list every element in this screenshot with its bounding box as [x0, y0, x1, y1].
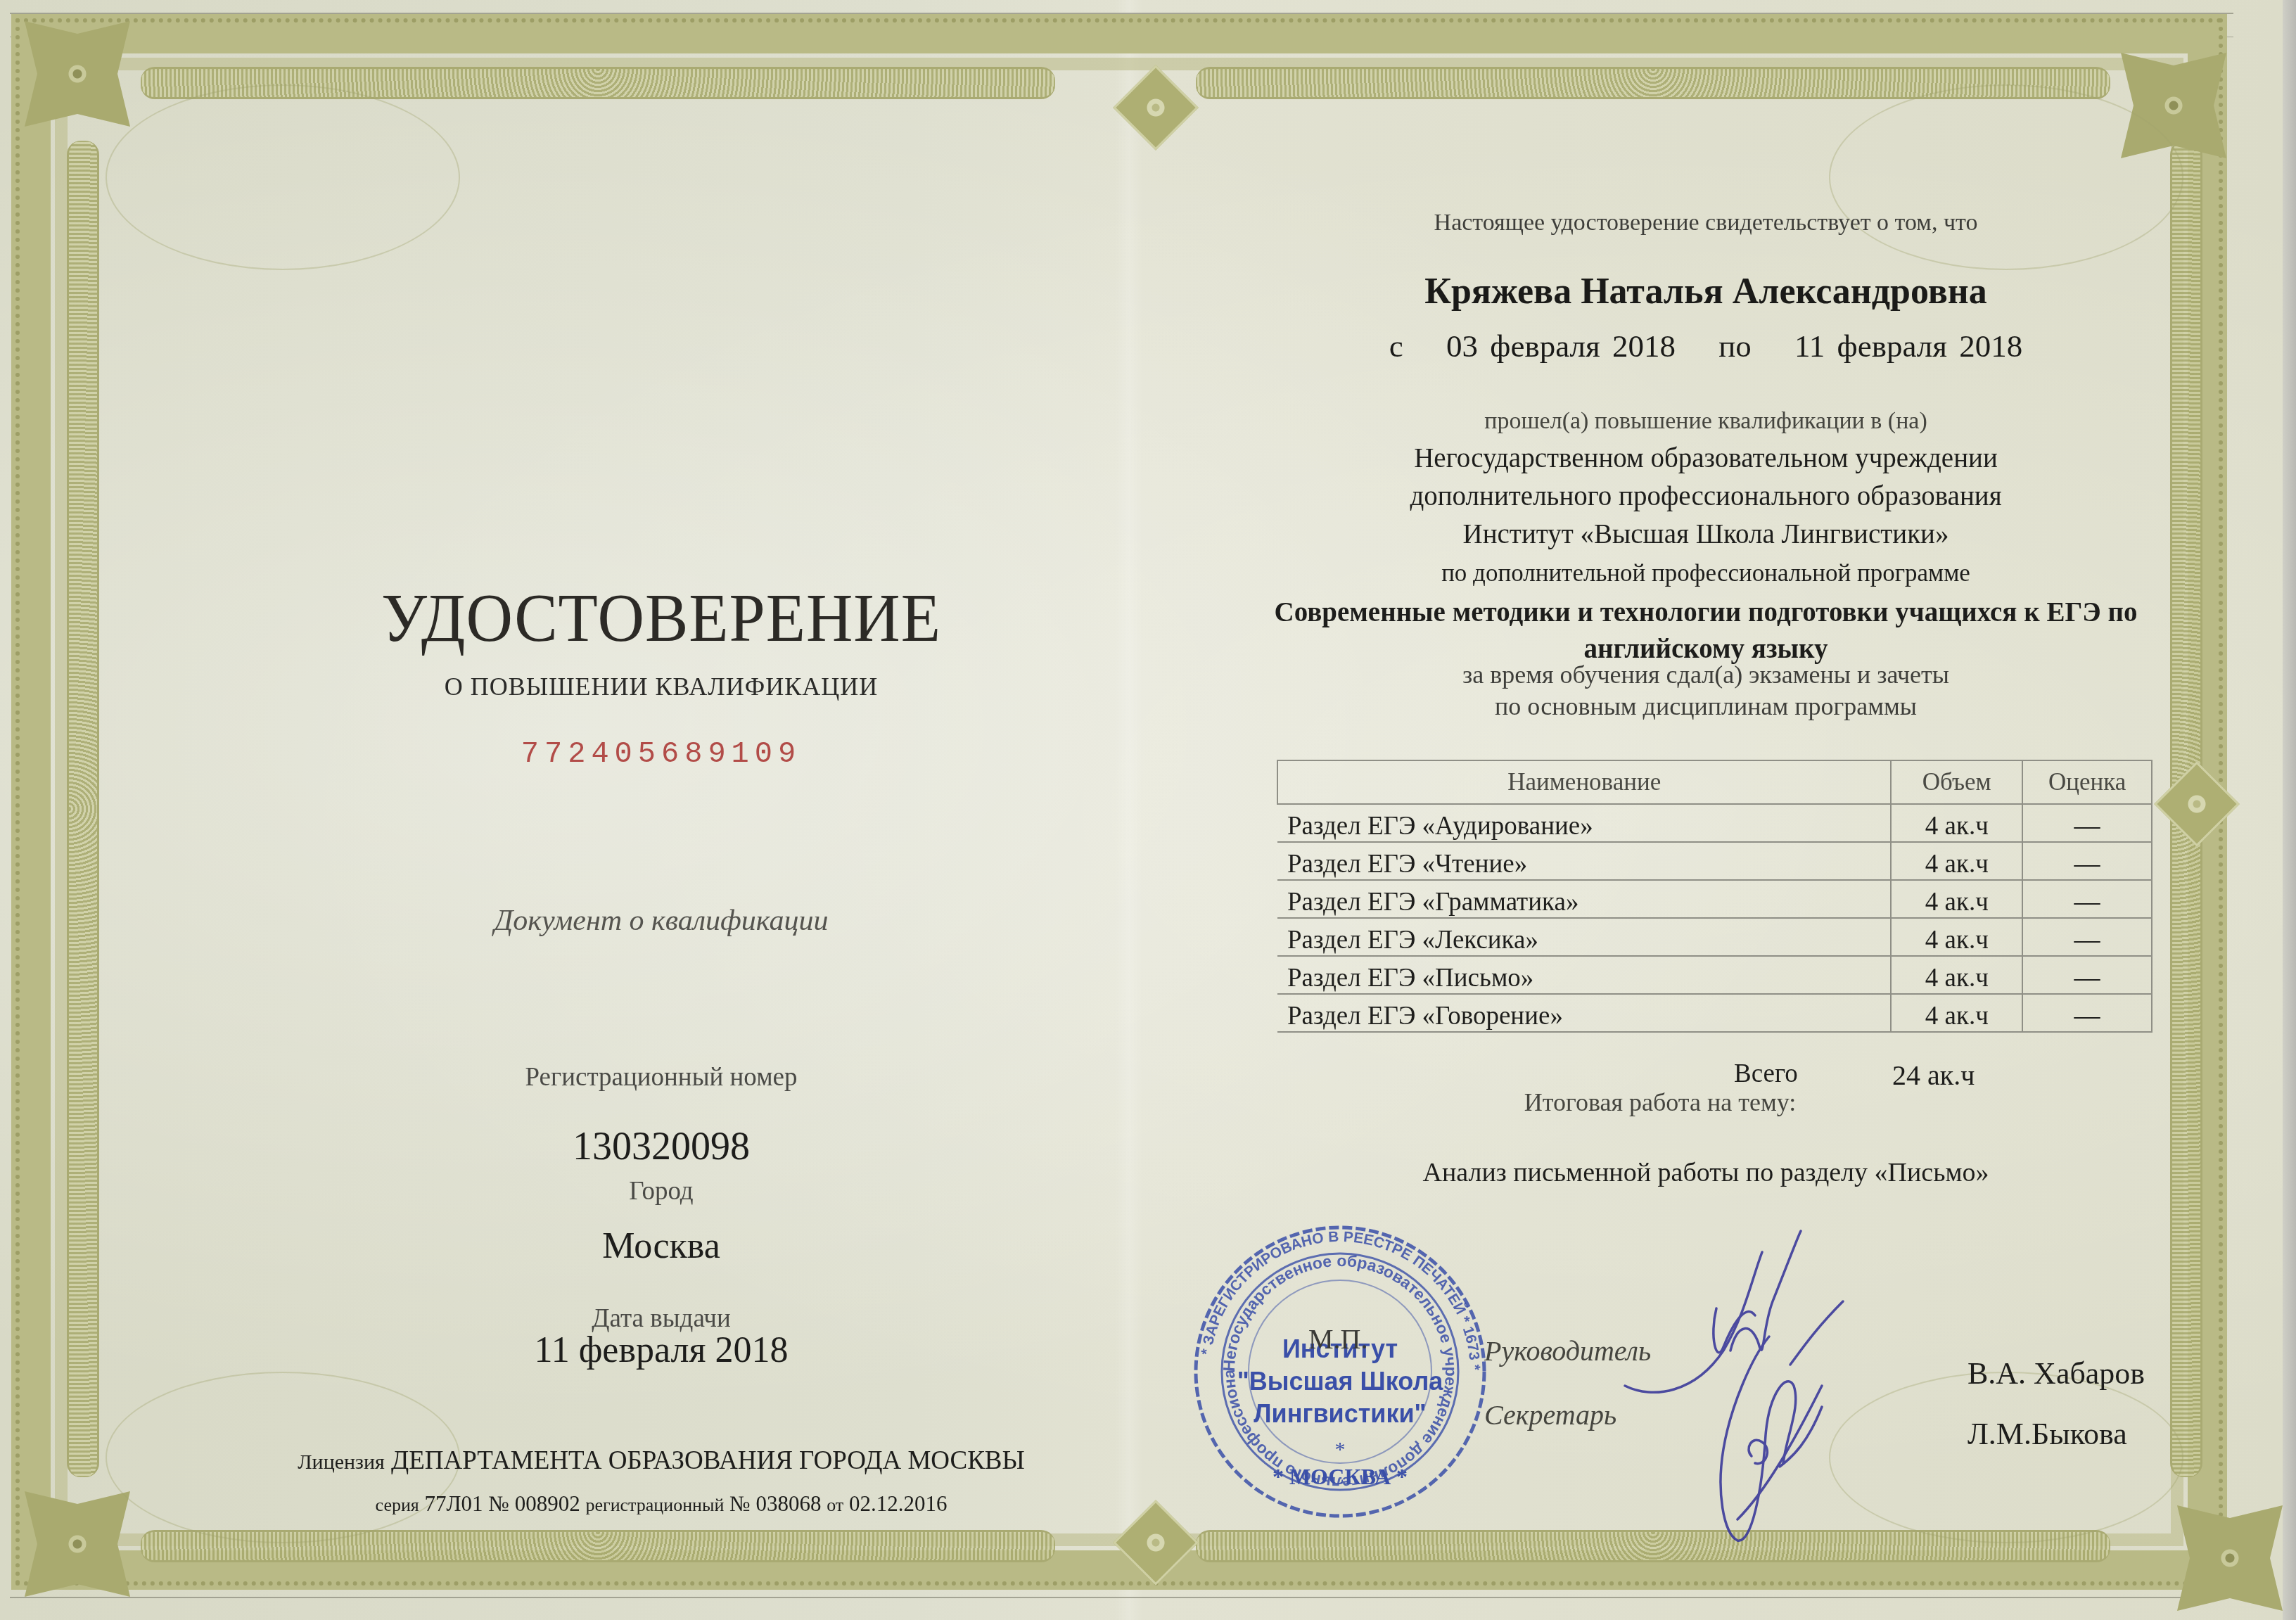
license-line-2: серия 77Л01 № 008902 регистрационный № 0…	[232, 1491, 1090, 1517]
border-ribbon	[67, 141, 99, 1477]
document-kind: Документ о квалификации	[232, 904, 1090, 938]
series-label: серия	[376, 1495, 419, 1515]
certificate-subtitle: О ПОВЫШЕНИИ КВАЛИФИКАЦИИ	[232, 672, 1090, 701]
license-reg-number: 038068	[755, 1491, 821, 1516]
from-label: с	[1389, 329, 1403, 364]
exams-line: за время обучения сдал(а) экзамены и зач…	[1196, 659, 2216, 691]
organization-line: Институт «Высшая Школа Лингвистики»	[1196, 516, 2216, 554]
certificate-title: УДОСТОВЕРЕНИЕ	[232, 578, 1090, 656]
table-row: Раздел ЕГЭ «Аудирование»4 ак.ч—	[1277, 804, 2152, 842]
secretary-name: Л.М.Быкова	[1967, 1416, 2127, 1452]
passed-text: прошел(а) повышение квалификации в (на)	[1196, 408, 2216, 435]
table-cell-grade: —	[2022, 994, 2152, 1032]
exams-line: по основным дисциплинам программы	[1196, 691, 2216, 722]
program-line: Современные методики и технологии подгот…	[1210, 594, 2202, 631]
final-work-topic: Анализ письменной работы по разделу «Пис…	[1337, 1157, 2075, 1188]
to-label: по	[1718, 329, 1752, 364]
table-cell-volume: 4 ак.ч	[1891, 918, 2022, 956]
svg-text:"Высшая Школа: "Высшая Школа	[1237, 1367, 1444, 1396]
table-cell-grade: —	[2022, 804, 2152, 842]
from-date: 03 февраля 2018	[1446, 329, 1676, 364]
organization-line: Негосударственном образовательном учрежд…	[1196, 440, 2216, 478]
license-line-1: Лицензия ДЕПАРТАМЕНТА ОБРАЗОВАНИЯ ГОРОДА…	[232, 1446, 1090, 1476]
date-prefix: от	[827, 1495, 843, 1515]
column-header-volume: Объем	[1891, 760, 2022, 804]
table-cell-name: Раздел ЕГЭ «Лексика»	[1277, 918, 1891, 956]
head-name: В.А. Хабаров	[1967, 1356, 2145, 1391]
corner-ornament-icon	[25, 1491, 130, 1597]
license-prefix: Лицензия	[298, 1450, 385, 1474]
final-work-label: Итоговая работа на тему:	[1393, 1088, 1927, 1117]
study-period: с 03 февраля 2018 по 11 февраля 2018	[1196, 328, 2216, 364]
guilloche-loop	[106, 84, 460, 270]
table-cell-name: Раздел ЕГЭ «Аудирование»	[1277, 804, 1891, 842]
column-header-name: Наименование	[1277, 760, 1891, 804]
table-cell-name: Раздел ЕГЭ «Письмо»	[1277, 956, 1891, 994]
table-cell-volume: 4 ак.ч	[1891, 956, 2022, 994]
license-number: 008902	[515, 1491, 580, 1516]
organization-name: Негосударственном образовательном учрежд…	[1196, 440, 2216, 554]
background-edge-right	[2283, 0, 2296, 1620]
table-cell-grade: —	[2022, 880, 2152, 918]
corner-ornament-icon	[25, 21, 130, 127]
table-row: Раздел ЕГЭ «Письмо»4 ак.ч—	[1277, 956, 2152, 994]
guilloche-loop	[1829, 84, 2183, 270]
license-authority: ДЕПАРТАМЕНТА ОБРАЗОВАНИЯ ГОРОДА МОСКВЫ	[391, 1446, 1025, 1475]
svg-text:* МОСКВА *: * МОСКВА *	[1273, 1464, 1408, 1489]
table-row: Раздел ЕГЭ «Лексика»4 ак.ч—	[1277, 918, 2152, 956]
holder-name: Кряжева Наталья Александровна	[1196, 271, 2216, 312]
table-cell-volume: 4 ак.ч	[1891, 880, 2022, 918]
exams-text: за время обучения сдал(а) экзамены и зач…	[1196, 659, 2216, 722]
table-cell-name: Раздел ЕГЭ «Чтение»	[1277, 842, 1891, 880]
table-cell-grade: —	[2022, 842, 2152, 880]
svg-text:*: *	[1335, 1438, 1346, 1461]
table-cell-grade: —	[2022, 918, 2152, 956]
program-name: Современные методики и технологии подгот…	[1210, 594, 2202, 668]
issue-date: 11 февраля 2018	[232, 1329, 1090, 1371]
number-sign: №	[488, 1491, 509, 1516]
table-cell-volume: 4 ак.ч	[1891, 994, 2022, 1032]
table-cell-volume: 4 ак.ч	[1891, 842, 2022, 880]
registration-number: 130320098	[232, 1124, 1090, 1169]
serial-number: 772405689109	[232, 737, 1090, 771]
table-cell-name: Раздел ЕГЭ «Говорение»	[1277, 994, 1891, 1032]
intro-text: Настоящее удостоверение свидетельствует …	[1196, 210, 2216, 236]
bottom-rule	[10, 1597, 2233, 1598]
signature-icon	[1611, 1224, 1906, 1548]
table-cell-volume: 4 ак.ч	[1891, 804, 2022, 842]
program-label: по дополнительной профессиональной прогр…	[1196, 559, 2216, 587]
disciplines-table: Наименование Объем Оценка Раздел ЕГЭ «Ау…	[1277, 760, 2152, 1033]
table-row: Раздел ЕГЭ «Говорение»4 ак.ч—	[1277, 994, 2152, 1032]
svg-text:Лингвистики": Лингвистики"	[1254, 1399, 1426, 1428]
secretary-label: Секретарь	[1484, 1398, 1616, 1431]
license-date: 02.12.2016	[849, 1491, 948, 1516]
total-label: Всего	[1734, 1059, 1798, 1089]
city-label: Город	[232, 1176, 1090, 1206]
seal-placeholder: М.П.	[1308, 1322, 1367, 1356]
registration-label: Регистрационный номер	[232, 1062, 1090, 1092]
table-cell-grade: —	[2022, 956, 2152, 994]
certificate-paper: УДОСТОВЕРЕНИЕ О ПОВЫШЕНИИ КВАЛИФИКАЦИИ 7…	[0, 0, 2283, 1620]
to-date: 11 февраля 2018	[1794, 329, 2022, 364]
column-header-grade: Оценка	[2022, 760, 2152, 804]
table-row: Раздел ЕГЭ «Чтение»4 ак.ч—	[1277, 842, 2152, 880]
series-value: 77Л01	[425, 1491, 483, 1516]
number-sign: №	[729, 1491, 751, 1516]
corner-ornament-icon	[2177, 1505, 2283, 1611]
city-value: Москва	[232, 1225, 1090, 1267]
organization-line: дополнительного профессионального образо…	[1196, 478, 2216, 516]
official-stamp-icon: * ЗАРЕГИСТРИРОВАНО В РЕЕСТРЕ ПЕЧАТЕЙ * 1…	[1192, 1224, 1488, 1519]
table-row: Раздел ЕГЭ «Грамматика»4 ак.ч—	[1277, 880, 2152, 918]
total-value: 24 ак.ч	[1892, 1059, 1975, 1092]
reg-label: регистрационный	[585, 1495, 724, 1515]
table-cell-name: Раздел ЕГЭ «Грамматика»	[1277, 880, 1891, 918]
